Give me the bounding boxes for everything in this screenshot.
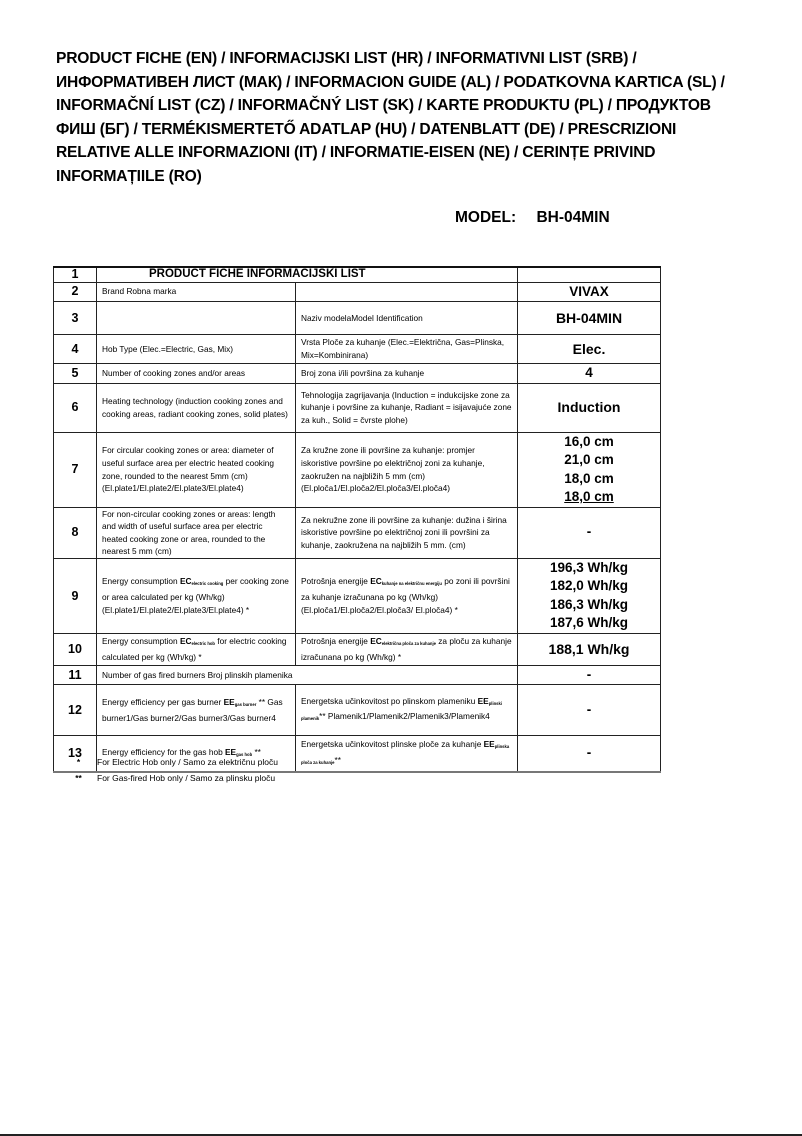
symbol-subscript: električna ploča za kuhanje (382, 641, 436, 646)
value-line: Elec. (523, 340, 655, 359)
table-row: 7 For circular cooking zones or area: di… (54, 432, 661, 507)
model-line: MODEL: BH-04MIN (455, 209, 610, 227)
row-number: 7 (54, 432, 97, 507)
footnote: **For Gas-fired Hob only / Samo za plins… (60, 770, 278, 786)
value-line: 182,0 Wh/kg (523, 577, 655, 596)
symbol: EC (370, 636, 382, 646)
symbol: EE (478, 696, 489, 706)
row-label-en: Energy efficiency per gas burner EEgas b… (97, 685, 296, 736)
value-line: Induction (523, 398, 655, 417)
table-row: 6 Heating technology (induction cooking … (54, 383, 661, 432)
row-label-en: Energy consumption ECelectric cooking pe… (97, 558, 296, 633)
model-label: MODEL: (455, 209, 516, 226)
value-line: - (523, 523, 655, 542)
row-label-en: Hob Type (Elec.=Electric, Gas, Mix) (97, 335, 296, 364)
row-value: Elec. (518, 335, 661, 364)
table-header-value (518, 267, 661, 282)
row-label-hr: Potrošnja energije ECkuhanje na električ… (296, 558, 518, 633)
row-label-en: Brand Robna marka (97, 282, 296, 302)
row-value: - (518, 736, 661, 772)
value-line: 16,0 cm (523, 433, 655, 452)
row-label-hr: Za nekružne zone ili površine za kuhanje… (296, 507, 518, 558)
table-header-title: PRODUCT FICHE INFORMACIJSKI LIST (97, 267, 518, 282)
symbol-subscript: gas burner (235, 702, 257, 707)
row-value: - (518, 665, 661, 685)
row-label-en: Heating technology (induction cooking zo… (97, 383, 296, 432)
table-row: 9 Energy consumption ECelectric cooking … (54, 558, 661, 633)
symbol: EC (180, 636, 192, 646)
footnote-mark: ** (60, 770, 97, 786)
model-value: BH-04MIN (536, 209, 609, 226)
row-number: 4 (54, 335, 97, 364)
footnote-text: For Electric Hob only / Samo za električ… (97, 757, 278, 767)
row-value: - (518, 685, 661, 736)
value-line: 187,6 Wh/kg (523, 614, 655, 633)
value-line: 18,0 cm (523, 470, 655, 489)
row-value: 188,1 Wh/kg (518, 633, 661, 665)
table-row: 4 Hob Type (Elec.=Electric, Gas, Mix) Vr… (54, 335, 661, 364)
row-label-en (97, 302, 296, 335)
row-value: 4 (518, 364, 661, 384)
row-value: 196,3 Wh/kg 182,0 Wh/kg 186,3 Wh/kg 187,… (518, 558, 661, 633)
symbol-subscript: electric cooking (191, 581, 223, 586)
value-line: - (523, 666, 655, 685)
value-line: 196,3 Wh/kg (523, 559, 655, 578)
row-label-en: Number of cooking zones and/or areas (97, 364, 296, 384)
table-row: 10 Energy consumption ECelectric hob for… (54, 633, 661, 665)
label-text: Energy efficiency per gas burner (102, 697, 224, 707)
symbol: EC (180, 576, 192, 586)
row-number: 1 (54, 267, 97, 282)
table-row: 12 Energy efficiency per gas burner EEga… (54, 685, 661, 736)
label-text: Potrošnja energije (301, 576, 370, 586)
row-label-hr: Vrsta Ploče za kuhanje (Elec.=Električna… (296, 335, 518, 364)
value-line: 21,0 cm (523, 451, 655, 470)
row-label-hr: Naziv modelaModel Identification (296, 302, 518, 335)
row-label-hr: Energetska učinkovitost po plinskom plam… (296, 685, 518, 736)
row-label-en-hr: Number of gas fired burners Broj plinski… (97, 665, 518, 685)
table-row: 3 Naziv modelaModel Identification BH-04… (54, 302, 661, 335)
footnote-text: For Gas-fired Hob only / Samo za plinsku… (97, 773, 275, 783)
table-header-row: 1 PRODUCT FICHE INFORMACIJSKI LIST (54, 267, 661, 282)
value-line: VIVAX (523, 283, 655, 302)
value-line: 186,3 Wh/kg (523, 596, 655, 615)
row-label-hr: Broj zona i/ili površina za kuhanje (296, 364, 518, 384)
row-number: 2 (54, 282, 97, 302)
table-row: 8 For non-circular cooking zones or area… (54, 507, 661, 558)
value-line: - (523, 701, 655, 720)
footnote-mark: * (60, 754, 97, 770)
footnotes: *For Electric Hob only / Samo za elektri… (60, 754, 278, 786)
row-value: BH-04MIN (518, 302, 661, 335)
row-number: 10 (54, 633, 97, 665)
row-label-en: Energy consumption ECelectric hob for el… (97, 633, 296, 665)
row-label-en: For circular cooking zones or area: diam… (97, 432, 296, 507)
row-number: 8 (54, 507, 97, 558)
symbol-subscript: kuhanje na električnu energiju (382, 581, 442, 586)
symbol-subscript: electric hob (191, 641, 215, 646)
label-text: Potrošnja energije (301, 636, 370, 646)
label-text: ** Plamenik1/Plamenik2/Plamenik3/Plameni… (319, 711, 490, 721)
row-value: - (518, 507, 661, 558)
symbol: EC (370, 576, 382, 586)
row-value: VIVAX (518, 282, 661, 302)
symbol: EE (484, 739, 495, 749)
symbol: EE (224, 697, 235, 707)
row-label-en: For non-circular cooking zones or areas:… (97, 507, 296, 558)
row-number: 9 (54, 558, 97, 633)
row-label-hr (296, 282, 518, 302)
value-line: BH-04MIN (523, 309, 655, 328)
table-row: 5 Number of cooking zones and/or areas B… (54, 364, 661, 384)
footnote: *For Electric Hob only / Samo za elektri… (60, 754, 278, 770)
row-label-hr: Za kružne zone ili površine za kuhanje: … (296, 432, 518, 507)
label-text: Energy consumption (102, 576, 180, 586)
row-value: Induction (518, 383, 661, 432)
label-text: Energetska učinkovitost plinske ploče za… (301, 739, 484, 749)
row-label-hr: Potrošnja energije ECelektrična ploča za… (296, 633, 518, 665)
value-line: 18,0 cm (523, 488, 655, 507)
product-fiche-table: 1 PRODUCT FICHE INFORMACIJSKI LIST 2 Bra… (53, 266, 661, 773)
value-line: 4 (523, 364, 655, 383)
row-number: 6 (54, 383, 97, 432)
value-line: - (523, 744, 655, 763)
table-row: 2 Brand Robna marka VIVAX (54, 282, 661, 302)
row-number: 3 (54, 302, 97, 335)
row-label-hr: Energetska učinkovitost plinske ploče za… (296, 736, 518, 772)
row-number: 5 (54, 364, 97, 384)
row-number: 12 (54, 685, 97, 736)
document-title: PRODUCT FICHE (EN) / INFORMACIJSKI LIST … (56, 47, 746, 189)
row-label-hr: Tehnologija zagrijavanja (Induction = in… (296, 383, 518, 432)
row-number: 11 (54, 665, 97, 685)
label-text: ** (335, 755, 341, 765)
label-text: Energetska učinkovitost po plinskom plam… (301, 696, 478, 706)
row-value: 16,0 cm 21,0 cm 18,0 cm 18,0 cm (518, 432, 661, 507)
table-row: 11 Number of gas fired burners Broj plin… (54, 665, 661, 685)
value-line: 188,1 Wh/kg (523, 640, 655, 659)
label-text: Energy consumption (102, 636, 180, 646)
